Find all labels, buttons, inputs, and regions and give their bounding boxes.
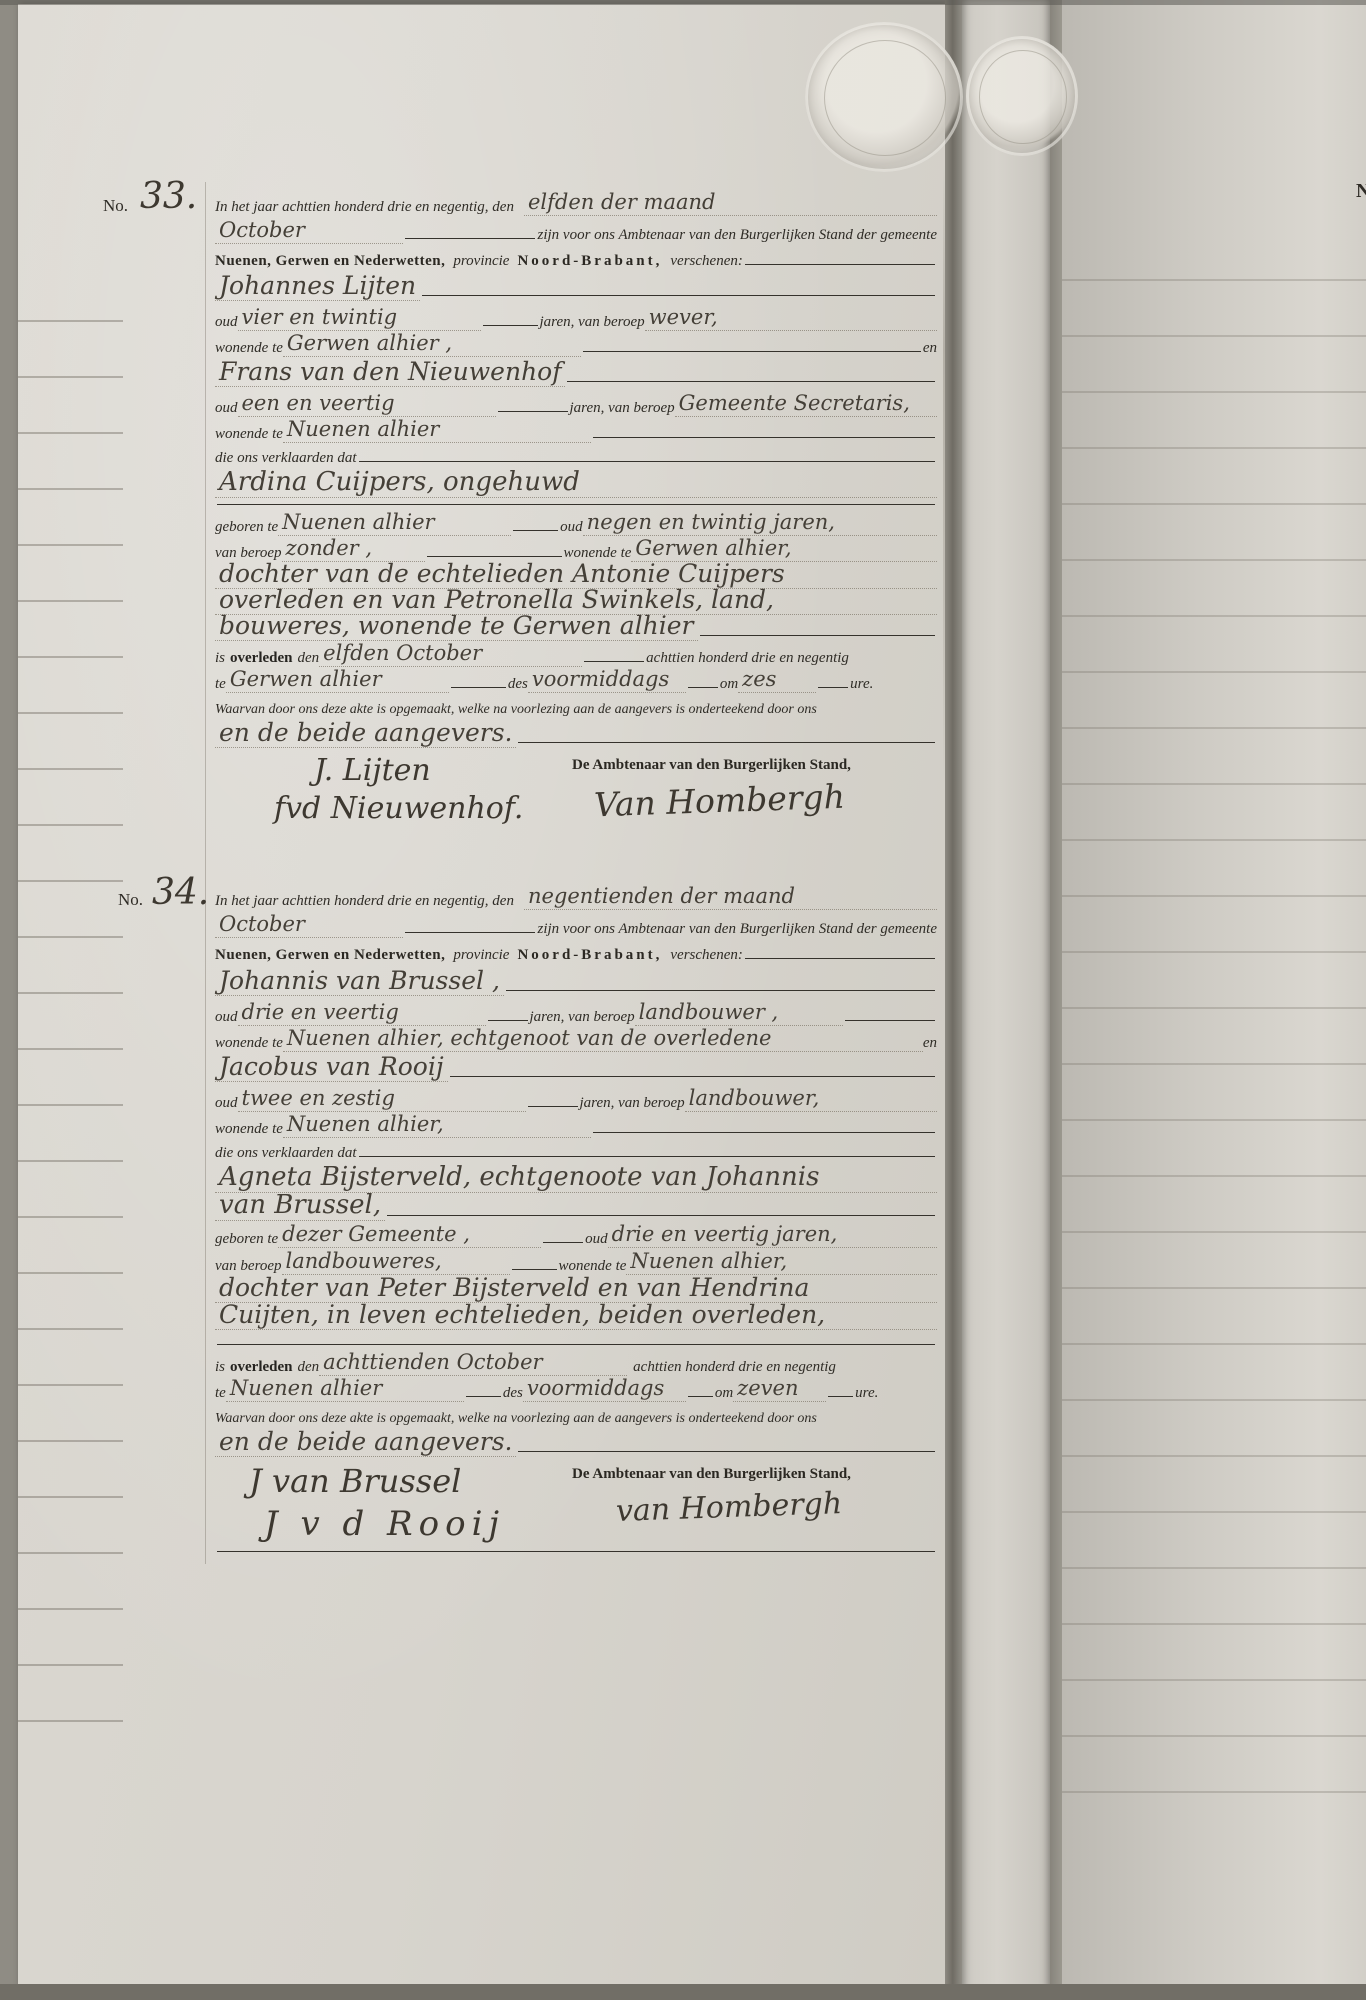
death-place-time-line: te Nuenen alhier des voormiddags om zeve… [215,1376,937,1402]
declarant1-name-line: Johannes Lijten [215,270,937,301]
printed-closing: Waarvan door ons deze akte is opgemaakt,… [215,702,817,718]
rule-fill [518,1451,935,1452]
hw-declarant1-name: Johannes Lijten [215,273,420,301]
hw-deceased-residence: Gerwen alhier, [631,538,937,562]
printed-van-beroep: van beroep [215,545,282,562]
embossed-revenue-seal-large [805,22,963,172]
rule-fill [427,556,562,557]
parents-line-3: bouweres, wonende te Gerwen alhier [215,615,937,641]
declaration-line: die ons verklaarden dat [215,443,937,467]
hw-declarant1-occupation: landbouwer , [635,1002,843,1026]
signature-declarant2: fvd Nieuwenhof. [270,794,527,826]
printed-oud: oud [560,519,583,536]
hw-declarant2-occupation: landbouwer, [685,1088,937,1112]
signature-block-34: J van Brussel J v d Rooij De Ambtenaar v… [215,1465,937,1543]
page-fold-shadow [945,0,962,1990]
parents-line-1: dochter van Peter Bijsterveld en van Hen… [215,1275,937,1303]
hw-parents-1: dochter van Peter Bijsterveld en van Hen… [215,1275,937,1303]
hw-parents-3: bouweres, wonende te Gerwen alhier [215,613,698,641]
printed-wonende-te: wonende te [215,1035,283,1052]
occupation-residence-line: van beroep zonder , wonende te Gerwen al… [215,536,937,562]
printed-te: te [215,1385,226,1402]
printed-wonende-te: wonende te [559,1258,627,1275]
printed-oud: oud [215,400,238,417]
printed-year-words: achttien honderd drie en negentig [633,1359,836,1376]
hw-month: October [215,220,403,244]
separator-rule-line [215,498,937,510]
printed-ure: ure. [850,676,873,693]
printed-provincie: provincie [453,253,509,270]
hw-deceased-occupation: landbouweres, [282,1251,510,1275]
hw-declarant2-name: Frans van den Nieuwenhof [215,359,565,387]
printed-opening-1: In het jaar achttien honderd drie en neg… [215,199,514,216]
record-33-number: 33. [140,176,197,217]
rule-fill [745,264,935,265]
declarant-signatures: J. Lijten fvd Nieuwenhof. [270,756,527,826]
declarant1-age-occupation-line: oud vier en twintig jaren, van beroep we… [215,301,937,331]
printed-en: en [923,340,937,357]
official-signature-area: De Ambtenaar van den Burgerlijken Stand,… [572,756,912,826]
declarant1-age-occupation-line: oud drie en veertig jaren, van beroep la… [215,996,937,1026]
record-34-number: 34. [152,872,209,913]
printed-provincie: provincie [453,947,509,964]
printed-municipality: Nuenen, Gerwen en Nederwetten, [215,253,445,270]
hw-declarant1-age: vier en twintig [238,307,481,331]
rule-fill [513,530,558,531]
hw-declarant1-residence: Nuenen alhier, echtgenoot van de overled… [283,1028,923,1052]
printed-oud: oud [215,1009,238,1026]
hw-parents-2: Cuijten, in leven echtelieden, beiden ov… [215,1302,937,1330]
death-place-time-line: te Gerwen alhier des voormiddags om zes … [215,667,937,693]
hw-declarant2-name: Jacobus van Rooij [215,1054,448,1082]
rule-fill [405,238,535,239]
adjacent-page-edge [962,0,1050,1990]
municipality-line: Nuenen, Gerwen en Nederwetten, provincie… [215,244,937,270]
hw-death-date: elfden October [319,643,582,667]
hw-declarant2-age: een en veertig [238,393,496,417]
rule-fill [498,411,568,412]
printed-die-ons: die ons verklaarden dat [215,450,357,467]
hw-day-of-month: negentienden der maand [524,886,937,910]
printed-province-name: Noord-Brabant, [517,947,662,964]
rule-fill [483,325,538,326]
register-scan: N No. 33. In het jaar achttien honderd d… [0,0,1366,2000]
rule-fill [700,635,936,636]
printed-ure: ure. [855,1385,878,1402]
record-33-number-value: 33. [140,176,197,217]
rule-fill [217,1551,935,1552]
rule-fill [583,351,921,352]
printed-om: om [720,676,738,693]
hw-declarant2-residence: Nuenen alhier [283,419,591,443]
printed-closing: Waarvan door ons deze akte is opgemaakt,… [215,1411,817,1427]
declarant1-residence-line: wonende te Nuenen alhier, echtgenoot van… [215,1026,937,1052]
hw-declarant2-occupation: Gemeente Secretaris, [675,393,937,417]
printed-opening-2: zijn voor ons Ambtenaar van den Burgerli… [537,227,937,244]
hw-death-place: Gerwen alhier [226,669,449,693]
hw-parents-1: dochter van de echtelieden Antonie Cuijp… [215,561,937,589]
signature-block-33: J. Lijten fvd Nieuwenhof. De Ambtenaar v… [215,756,937,826]
hw-deceased-name: Ardina Cuijpers, ongehuwd [215,469,937,498]
printed-official-title: De Ambtenaar van den Burgerlijken Stand, [572,1466,851,1482]
hw-death-daypart: voormiddags [528,669,686,693]
printed-wonende-te: wonende te [215,426,283,443]
rule-fill [818,687,848,688]
printed-geboren-te: geboren te [215,1231,278,1248]
hw-day-of-month: elfden der maand [524,192,937,216]
hw-death-place: Nuenen alhier [226,1378,464,1402]
next-page-edge: N [1062,0,1366,1990]
rule-fill [488,1020,528,1021]
rule-fill [745,958,935,959]
hw-closing: en de beide aangevers. [215,720,516,748]
hw-death-hour: zeven [733,1378,826,1402]
official-signature-area: De Ambtenaar van den Burgerlijken Stand,… [572,1465,912,1543]
occupation-residence-line: van beroep landbouweres, wonende te Nuen… [215,1248,937,1275]
hw-declarant1-residence: Gerwen alhier , [283,333,581,357]
declarant2-age-occupation-line: oud een en veertig jaren, van beroep Gem… [215,387,937,417]
hw-deceased-name: Agneta Bijsterveld, echtgenoote van Joha… [215,1164,937,1193]
rule-fill [450,1076,935,1077]
deceased-name-line-2: van Brussel, [215,1193,937,1221]
hw-deceased-age: drie en veertig jaren, [608,1224,937,1248]
hw-deceased-residence: Nuenen alhier, [626,1251,937,1275]
declarant2-residence-line: wonende te Nuenen alhier, [215,1112,937,1138]
bleed-through-ruling-left [18,266,123,1771]
deceased-name-line: Agneta Bijsterveld, echtgenoote van Joha… [215,1162,937,1193]
printed-overleden: overleden [230,650,292,667]
hw-death-daypart: voormiddags [523,1378,686,1402]
rule-fill [528,1106,578,1107]
printed-jaren-van-beroep: jaren, van beroep [570,400,675,417]
hw-declarant2-age: twee en zestig [238,1088,526,1112]
printed-opening-1: In het jaar achttien honderd drie en neg… [215,893,514,910]
hw-deceased-name-2: van Brussel, [215,1192,385,1221]
printed-van-beroep: van beroep [215,1258,282,1275]
hw-deceased-birthplace: dezer Gemeente , [278,1224,541,1248]
rule-fill [688,687,718,688]
printed-verschenen: verschenen: [670,253,742,270]
printed-den: den [298,650,320,667]
municipality-line: Nuenen, Gerwen en Nederwetten, provincie… [215,938,937,964]
birthplace-age-line: geboren te dezer Gemeente , oud drie en … [215,1221,937,1248]
rule-fill [405,932,535,933]
printed-jaren-van-beroep: jaren, van beroep [540,314,645,331]
rule-fill [593,437,935,438]
parents-line-1: dochter van de echtelieden Antonie Cuijp… [215,562,937,589]
closing-hw-line: en de beide aangevers. [215,1427,937,1457]
printed-oud: oud [585,1231,608,1248]
closing-hw-line: en de beide aangevers. [215,718,937,748]
deceased-name-line: Ardina Cuijpers, ongehuwd [215,467,937,498]
signature-declarant1: J. Lijten [310,756,527,788]
opening-line-2: October zijn voor ons Ambtenaar van den … [215,216,937,244]
record-34-number-value: 34. [152,872,209,913]
declarant2-name-line: Jacobus van Rooij [215,1052,937,1082]
declarant2-residence-line: wonende te Nuenen alhier [215,417,937,443]
rule-fill [506,990,935,991]
printed-province-name: Noord-Brabant, [517,253,662,270]
rule-fill [217,504,935,505]
printed-jaren-van-beroep: jaren, van beroep [530,1009,635,1026]
declaration-line: die ons verklaarden dat [215,1138,937,1162]
hw-closing: en de beide aangevers. [215,1429,516,1457]
printed-official-title: De Ambtenaar van den Burgerlijken Stand, [572,757,851,773]
printed-municipality: Nuenen, Gerwen en Nederwetten, [215,947,445,964]
rule-fill [387,1215,935,1216]
signature-official: van Hombergh [612,1489,847,1529]
printed-die-ons: die ons verklaarden dat [215,1145,357,1162]
printed-des: des [508,676,528,693]
rule-fill [422,295,935,296]
printed-opening-2: zijn voor ons Ambtenaar van den Burgerli… [537,921,937,938]
rule-fill [543,1242,583,1243]
printed-en: en [923,1035,937,1052]
printed-wonende-te: wonende te [564,545,632,562]
record-33-no-label: No. [103,196,128,216]
rule-fill [359,461,936,462]
opening-line-1: In het jaar achttien honderd drie en neg… [215,882,937,910]
hw-deceased-age: negen en twintig jaren, [583,512,937,536]
death-date-line: is overleden den achttienden October ach… [215,1350,937,1376]
separator-rule-line [215,1330,937,1350]
printed-te: te [215,676,226,693]
printed-overleden: overleden [230,1359,292,1376]
death-record-33: In het jaar achttien honderd drie en neg… [215,188,937,826]
printed-geboren-te: geboren te [215,519,278,536]
hw-deceased-occupation: zonder , [282,538,425,562]
hw-deceased-birthplace: Nuenen alhier [278,512,511,536]
declarant-signatures: J van Brussel J v d Rooij [245,1465,509,1543]
printed-oud: oud [215,314,238,331]
embossed-revenue-seal-small [966,36,1078,156]
rule-fill [359,1156,936,1157]
declarant1-name-line: Johannis van Brussel , [215,964,937,996]
no-abbrev: No. [103,196,128,215]
closing-printed-line: Waarvan door ons deze akte is opgemaakt,… [215,693,937,718]
rule-fill [845,1020,935,1021]
closing-printed-line: Waarvan door ons deze akte is opgemaakt,… [215,1402,937,1427]
printed-om: om [715,1385,733,1402]
declarant1-residence-line: wonende te Gerwen alhier , en [215,331,937,357]
birthplace-age-line: geboren te Nuenen alhier oud negen en tw… [215,510,937,536]
rule-fill [688,1396,713,1397]
printed-is: is [215,650,225,667]
rule-fill [828,1396,853,1397]
hw-death-hour: zes [738,669,816,693]
declarant2-name-line: Frans van den Nieuwenhof [215,357,937,387]
rule-fill [466,1396,501,1397]
hw-month: October [215,914,403,938]
printed-den: den [298,1359,320,1376]
signature-official: Van Hombergh [589,779,849,823]
printed-des: des [503,1385,523,1402]
printed-oud: oud [215,1095,238,1112]
rule-fill [451,687,506,688]
page-fold-shadow-2 [1050,0,1062,1990]
printed-is: is [215,1359,225,1376]
opening-line-2: October zijn voor ons Ambtenaar van den … [215,910,937,938]
hw-declarant1-name: Johannis van Brussel , [215,968,504,996]
printed-verschenen: verschenen: [670,947,742,964]
scan-top-edge [0,0,1366,5]
parents-line-2: Cuijten, in leven echtelieden, beiden ov… [215,1303,937,1330]
signature-declarant2: J v d Rooij [260,1507,509,1543]
declarant2-age-occupation-line: oud twee en zestig jaren, van beroep lan… [215,1082,937,1112]
rule-fill [512,1269,557,1270]
record-34-no-label: No. [118,890,143,910]
opening-line-1: In het jaar achttien honderd drie en neg… [215,188,937,216]
no-abbrev: No. [118,890,143,909]
hw-declarant1-occupation: wever, [645,307,937,331]
rule-fill [518,742,935,743]
rule-fill [567,381,935,382]
hw-declarant1-age: drie en veertig [238,1002,486,1026]
printed-wonende-te: wonende te [215,1121,283,1138]
rule-fill [217,1344,935,1345]
death-date-line: is overleden den elfden October achttien… [215,641,937,667]
printed-wonende-te: wonende te [215,340,283,357]
printed-jaren-van-beroep: jaren, van beroep [580,1095,685,1112]
record-34-bottom-rule [215,1543,937,1557]
rule-fill [593,1132,935,1133]
scan-bottom-edge [0,1984,1366,2000]
next-page-number-fragment: N [1356,180,1366,203]
hw-declarant2-residence: Nuenen alhier, [283,1114,591,1138]
printed-year-words: achttien honderd drie en negentig [646,650,849,667]
hw-death-date: achttienden October [319,1352,627,1376]
signature-declarant1: J van Brussel [245,1465,509,1499]
rule-fill [584,661,644,662]
death-record-34: In het jaar achttien honderd drie en neg… [215,882,937,1557]
